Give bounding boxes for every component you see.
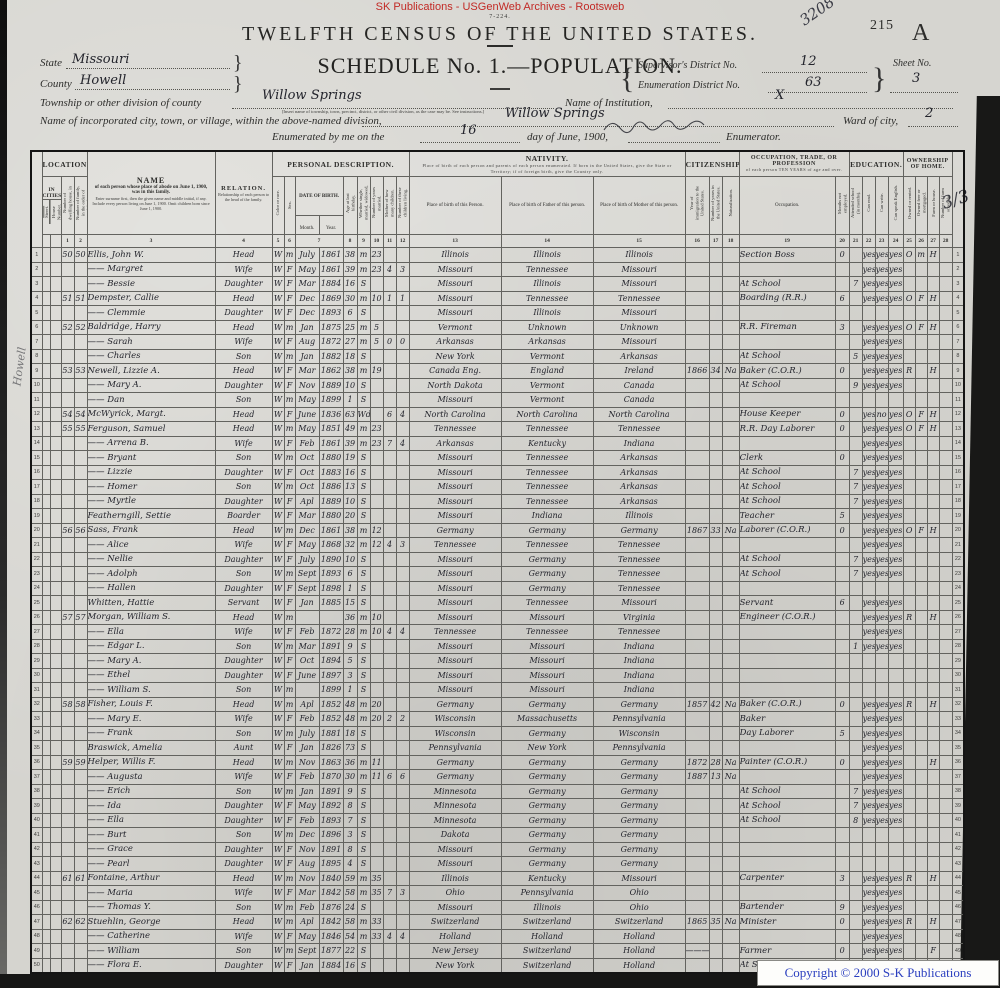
- cell-birthplace: Illinois: [409, 248, 501, 263]
- cell-immigration-year: [685, 712, 709, 727]
- cell-family: [74, 784, 87, 799]
- cell-age: 8: [343, 842, 357, 857]
- attended-school-column-header: Attended school (in months).: [849, 177, 862, 235]
- cell-family: 55: [74, 422, 87, 437]
- cell-sex: F: [284, 552, 295, 567]
- cell-farm-schedule: [939, 494, 952, 509]
- cell-family: [74, 944, 87, 959]
- census-table: LOCATION. NAME of each person whose plac…: [30, 150, 965, 974]
- cell-age: 32: [343, 538, 357, 553]
- cell-father-birthplace: Switzerland: [501, 915, 593, 930]
- cell-father-birthplace: Germany: [501, 697, 593, 712]
- title-ornament: [487, 45, 513, 47]
- cell-age: 73: [343, 741, 357, 756]
- cell-farm-schedule: [939, 407, 952, 422]
- cell-birth-month: [295, 610, 319, 625]
- cell-years-in-us: [709, 857, 722, 872]
- cell-months-unemployed: [835, 828, 849, 843]
- line-number-right: 35: [952, 741, 964, 756]
- cell-mother-birthplace: Holland: [593, 944, 685, 959]
- cell-months-unemployed: 6: [835, 596, 849, 611]
- cell-age: 3: [343, 668, 357, 683]
- line-number-right: 43: [952, 857, 964, 872]
- cell-naturalization: [722, 944, 739, 959]
- cell-children-living: [396, 900, 409, 915]
- cell-years-in-us: [709, 683, 722, 698]
- census-row: 28—— Edgar L.SonWmMar18919SMissouriMisso…: [31, 639, 964, 654]
- cell-birth-year: 1852: [319, 712, 343, 727]
- cell-house-number: [50, 567, 61, 582]
- line-number: 4: [31, 291, 42, 306]
- cell-school-months: [849, 712, 862, 727]
- cell-naturalization: Na: [722, 697, 739, 712]
- cell-farm-house: H: [927, 915, 939, 930]
- cell-street: [42, 842, 50, 857]
- cell-naturalization: [722, 262, 739, 277]
- cell-children-living: [396, 915, 409, 930]
- cell-dwelling: 58: [61, 697, 74, 712]
- cell-farm-schedule: [939, 364, 952, 379]
- census-row: 3—— BessieDaughterWFMar188416SMissouriIl…: [31, 277, 964, 292]
- cell-owned-rented: R: [903, 871, 915, 886]
- cell-birthplace: Pennsylvania: [409, 741, 501, 756]
- cell-occupation: Teacher: [739, 509, 835, 524]
- cell-relation: Daughter: [215, 799, 272, 814]
- cell-immigration-year: 1887: [685, 770, 709, 785]
- cell-birthplace: Missouri: [409, 277, 501, 292]
- cell-can-write: yes: [875, 494, 888, 509]
- cell-birthplace: Arkansas: [409, 335, 501, 350]
- cell-name: Baldridge, Harry: [87, 320, 215, 335]
- line-number: 24: [31, 581, 42, 596]
- cell-years-in-us: [709, 886, 722, 901]
- cell-street: [42, 436, 50, 451]
- cell-owned-rented: O: [903, 248, 915, 263]
- cell-months-unemployed: [835, 538, 849, 553]
- census-row: 37—— AugustaWifeWFFeb187030m1166GermanyG…: [31, 770, 964, 785]
- census-row: 21—— AliceWifeWFMay186832m1243TennesseeT…: [31, 538, 964, 553]
- cell-relation: Son: [215, 726, 272, 741]
- cell-birthplace: New York: [409, 349, 501, 364]
- cell-street: [42, 407, 50, 422]
- cell-dwelling: [61, 335, 74, 350]
- cell-father-birthplace: Switzerland: [501, 944, 593, 959]
- cell-years-in-us: [709, 407, 722, 422]
- cell-mother-of: [383, 900, 396, 915]
- cell-children-living: [396, 320, 409, 335]
- cell-house-number: [50, 857, 61, 872]
- cell-marital: m: [357, 915, 370, 930]
- cell-birth-month: Oct: [295, 451, 319, 466]
- cell-relation: Servant: [215, 596, 272, 611]
- cell-free-mortgaged: [915, 755, 927, 770]
- months-unemployed-column-header: Months not employed.: [835, 177, 849, 235]
- cell-school-months: 7: [849, 494, 862, 509]
- cell-father-birthplace: Germany: [501, 770, 593, 785]
- cell-father-birthplace: Tennessee: [501, 494, 593, 509]
- cell-can-speak: yes: [888, 248, 903, 263]
- cell-sex: m: [284, 828, 295, 843]
- cell-sex: F: [284, 277, 295, 292]
- cell-immigration-year: [685, 436, 709, 451]
- cell-school-months: [849, 654, 862, 669]
- line-number-right: 9: [952, 364, 964, 379]
- cell-color: W: [272, 262, 284, 277]
- cell-naturalization: [722, 842, 739, 857]
- cell-birthplace: Germany: [409, 523, 501, 538]
- cell-farm-schedule: [939, 523, 952, 538]
- cell-can-read: yes: [862, 567, 875, 582]
- cell-occupation: [739, 436, 835, 451]
- cell-birth-month: July: [295, 248, 319, 263]
- cell-birthplace: Missouri: [409, 842, 501, 857]
- cell-age: 9: [343, 784, 357, 799]
- district-brace-open: {: [620, 62, 634, 96]
- cell-mother-birthplace: Pennsylvania: [593, 741, 685, 756]
- line-number-right: 44: [952, 871, 964, 886]
- cell-birthplace: New Jersey: [409, 944, 501, 959]
- cell-farm-schedule: [939, 567, 952, 582]
- cell-mother-of: 6: [383, 407, 396, 422]
- cell-farm-house: [927, 349, 939, 364]
- cell-mother-birthplace: Ohio: [593, 900, 685, 915]
- cell-years-married: 23: [370, 248, 383, 263]
- cell-street: [42, 277, 50, 292]
- cell-age: 59: [343, 871, 357, 886]
- cell-father-birthplace: Missouri: [501, 668, 593, 683]
- cell-occupation: [739, 654, 835, 669]
- cell-school-months: [849, 668, 862, 683]
- cell-age: 36: [343, 755, 357, 770]
- cell-farm-schedule: [939, 929, 952, 944]
- cell-relation: Wife: [215, 929, 272, 944]
- cell-sex: m: [284, 784, 295, 799]
- cell-years-married: [370, 900, 383, 915]
- cell-street: [42, 625, 50, 640]
- cell-name: —— Augusta: [87, 770, 215, 785]
- census-row: 10—— Mary A.DaughterWFNov188910SNorth Da…: [31, 378, 964, 393]
- cell-mother-birthplace: Arkansas: [593, 465, 685, 480]
- line-number-right: 42: [952, 842, 964, 857]
- cell-can-read: [862, 842, 875, 857]
- cell-street: [42, 886, 50, 901]
- cell-father-birthplace: Tennessee: [501, 480, 593, 495]
- census-row: 49—— WilliamSonWmSept187722SNew JerseySw…: [31, 944, 964, 959]
- column-number: 24: [888, 235, 903, 248]
- cell-years-in-us: [709, 668, 722, 683]
- owned-rented-column-header: Owned or rented.: [903, 177, 915, 235]
- cell-mother-birthplace: Illinois: [593, 509, 685, 524]
- cell-farm-house: [927, 335, 939, 350]
- cell-farm-schedule: [939, 465, 952, 480]
- cell-marital: S: [357, 552, 370, 567]
- free-mortgaged-column-header: Owned free or mortgaged.: [915, 177, 927, 235]
- cell-children-living: [396, 842, 409, 857]
- cell-mother-birthplace: Tennessee: [593, 552, 685, 567]
- cell-relation: Daughter: [215, 306, 272, 321]
- cell-birth-month: May: [295, 262, 319, 277]
- cell-years-married: [370, 683, 383, 698]
- cell-years-married: [370, 277, 383, 292]
- cell-can-read: yes: [862, 436, 875, 451]
- cell-children-living: [396, 639, 409, 654]
- census-title: TWELFTH CENSUS OF THE UNITED STATES.: [0, 23, 1000, 46]
- cell-birth-year: 1897: [319, 668, 343, 683]
- cell-farm-house: [927, 929, 939, 944]
- cell-naturalization: [722, 480, 739, 495]
- cell-owned-rented: [903, 828, 915, 843]
- cell-free-mortgaged: [915, 770, 927, 785]
- cell-owned-rented: [903, 741, 915, 756]
- cell-birth-year: 1869: [319, 291, 343, 306]
- cell-house-number: [50, 494, 61, 509]
- cell-sex: m: [284, 320, 295, 335]
- cell-birthplace: Missouri: [409, 610, 501, 625]
- cell-months-unemployed: [835, 929, 849, 944]
- cell-house-number: [50, 741, 61, 756]
- cell-immigration-year: [685, 610, 709, 625]
- cell-father-birthplace: Germany: [501, 581, 593, 596]
- cell-mother-birthplace: Germany: [593, 813, 685, 828]
- cell-birthplace: Tennessee: [409, 625, 501, 640]
- line-number-right: 48: [952, 929, 964, 944]
- cell-children-living: [396, 944, 409, 959]
- cell-farm-house: [927, 828, 939, 843]
- cell-sex: F: [284, 958, 295, 973]
- cell-farm-schedule: [939, 857, 952, 872]
- line-number-right: 15: [952, 451, 964, 466]
- cell-can-read: yes: [862, 320, 875, 335]
- cell-immigration-year: [685, 567, 709, 582]
- cell-street: [42, 813, 50, 828]
- cell-school-months: 8: [849, 813, 862, 828]
- column-number-row: 1234567891011121314151617181920212223242…: [31, 235, 964, 248]
- cell-street: [42, 958, 50, 973]
- cell-can-write: yes: [875, 248, 888, 263]
- cell-can-read: yes: [862, 784, 875, 799]
- cell-farm-schedule: [939, 799, 952, 814]
- cell-family: [74, 886, 87, 901]
- cell-can-write: [875, 857, 888, 872]
- district-brace-close: }: [872, 62, 886, 96]
- cell-name: —— Ella: [87, 813, 215, 828]
- cell-birth-year: 1899: [319, 683, 343, 698]
- cell-farm-house: [927, 567, 939, 582]
- personal-description-group-header: PERSONAL DESCRIPTION.: [272, 151, 409, 177]
- cell-birth-year: 1861: [319, 436, 343, 451]
- cell-months-unemployed: 5: [835, 726, 849, 741]
- cell-farm-schedule: [939, 741, 952, 756]
- cell-children-living: 4: [396, 929, 409, 944]
- line-number: 34: [31, 726, 42, 741]
- cell-birthplace: Missouri: [409, 668, 501, 683]
- cell-children-living: [396, 755, 409, 770]
- line-number-right: 30: [952, 668, 964, 683]
- cell-birthplace: Ohio: [409, 886, 501, 901]
- cell-naturalization: [722, 567, 739, 582]
- cell-can-read: yes: [862, 248, 875, 263]
- cell-children-living: [396, 349, 409, 364]
- cell-color: W: [272, 770, 284, 785]
- line-number-right: 27: [952, 625, 964, 640]
- cell-mother-birthplace: Switzerland: [593, 915, 685, 930]
- cell-age: 58: [343, 886, 357, 901]
- cell-family: [74, 929, 87, 944]
- cell-mother-birthplace: Germany: [593, 857, 685, 872]
- cell-months-unemployed: [835, 842, 849, 857]
- cell-years-in-us: [709, 277, 722, 292]
- cell-relation: Daughter: [215, 842, 272, 857]
- cell-mother-birthplace: Germany: [593, 755, 685, 770]
- cell-birth-year: 1883: [319, 465, 343, 480]
- cell-children-living: [396, 494, 409, 509]
- cell-free-mortgaged: m: [915, 248, 927, 263]
- cell-farm-schedule: [939, 262, 952, 277]
- cell-house-number: [50, 697, 61, 712]
- line-number-right: 41: [952, 828, 964, 843]
- cell-house-number: [50, 552, 61, 567]
- cell-occupation: [739, 393, 835, 408]
- cell-color: W: [272, 842, 284, 857]
- cell-house-number: [50, 451, 61, 466]
- cell-birth-year: 1891: [319, 639, 343, 654]
- name-instruction-2: Include every person living on June 1, 1…: [88, 201, 215, 211]
- line-number: 27: [31, 625, 42, 640]
- cell-age: 4: [343, 857, 357, 872]
- cell-can-speak: yes: [888, 944, 903, 959]
- cell-immigration-year: [685, 552, 709, 567]
- cell-sex: F: [284, 712, 295, 727]
- cell-can-speak: [888, 654, 903, 669]
- cell-farm-schedule: [939, 581, 952, 596]
- cell-can-speak: yes: [888, 610, 903, 625]
- cell-mother-of: [383, 741, 396, 756]
- years-in-us-column-header: Number of years in the United States.: [709, 177, 722, 235]
- cell-naturalization: [722, 886, 739, 901]
- cell-house-number: [50, 871, 61, 886]
- cell-months-unemployed: [835, 378, 849, 393]
- cell-farm-schedule: [939, 842, 952, 857]
- name-title: NAME: [88, 176, 215, 185]
- cell-father-birthplace: Kentucky: [501, 436, 593, 451]
- cell-school-months: 7: [849, 799, 862, 814]
- sheet-value: 3: [912, 71, 920, 86]
- cell-years-married: 23: [370, 436, 383, 451]
- cell-father-birthplace: Tennessee: [501, 538, 593, 553]
- cell-sex: m: [284, 451, 295, 466]
- cell-mother-birthplace: Tennessee: [593, 422, 685, 437]
- cell-farm-house: [927, 654, 939, 669]
- cell-mother-birthplace: Germany: [593, 842, 685, 857]
- cell-owned-rented: O: [903, 523, 915, 538]
- cell-can-write: no: [875, 407, 888, 422]
- cell-birth-year: 1890: [319, 552, 343, 567]
- cell-name: —— Clemmie: [87, 306, 215, 321]
- cell-marital: S: [357, 451, 370, 466]
- cell-mother-birthplace: Indiana: [593, 436, 685, 451]
- cell-mother-of: [383, 509, 396, 524]
- cell-name: —— Dan: [87, 393, 215, 408]
- cell-months-unemployed: 0: [835, 248, 849, 263]
- cell-years-married: [370, 639, 383, 654]
- cell-can-read: [862, 393, 875, 408]
- cell-children-living: 3: [396, 886, 409, 901]
- cell-father-birthplace: Illinois: [501, 248, 593, 263]
- line-number-right: 32: [952, 697, 964, 712]
- cell-owned-rented: [903, 857, 915, 872]
- line-number: 42: [31, 842, 42, 857]
- cell-free-mortgaged: [915, 480, 927, 495]
- cell-birth-year: 1889: [319, 494, 343, 509]
- census-row: 42—— GraceDaughterWFNov18918SMissouriGer…: [31, 842, 964, 857]
- cell-name: —— Sarah: [87, 335, 215, 350]
- cell-sex: F: [284, 857, 295, 872]
- cell-father-birthplace: Germany: [501, 567, 593, 582]
- father-birthplace-column-header: Place of birth of Father of this person.: [501, 177, 593, 235]
- cell-sex: F: [284, 538, 295, 553]
- cell-can-write: yes: [875, 770, 888, 785]
- cell-can-speak: yes: [888, 639, 903, 654]
- cell-can-read: yes: [862, 538, 875, 553]
- cell-naturalization: [722, 291, 739, 306]
- in-cities-header: IN CITIES. Street. House Number.: [42, 177, 61, 235]
- cell-marital: S: [357, 857, 370, 872]
- cell-dwelling: [61, 828, 74, 843]
- cell-immigration-year: [685, 596, 709, 611]
- cell-years-married: [370, 509, 383, 524]
- line-number: 35: [31, 741, 42, 756]
- cell-mother-birthplace: Unknown: [593, 320, 685, 335]
- name-column-header: NAME of each person whose place of abode…: [87, 151, 215, 235]
- census-row: 8—— CharlesSonWmJan188218SNew YorkVermon…: [31, 349, 964, 364]
- cell-can-speak: [888, 842, 903, 857]
- cell-father-birthplace: Germany: [501, 799, 593, 814]
- cell-birth-year: 1868: [319, 538, 343, 553]
- cell-sex: F: [284, 581, 295, 596]
- cell-age: 22: [343, 944, 357, 959]
- cell-occupation: [739, 625, 835, 640]
- cell-farm-schedule: [939, 900, 952, 915]
- cell-birth-year: 1891: [319, 784, 343, 799]
- cell-can-write: yes: [875, 886, 888, 901]
- cell-owned-rented: [903, 784, 915, 799]
- cell-family: [74, 799, 87, 814]
- cell-mother-of: [383, 480, 396, 495]
- cell-naturalization: [722, 465, 739, 480]
- cell-can-write: yes: [875, 784, 888, 799]
- cell-occupation: At School: [739, 552, 835, 567]
- cell-family: [74, 349, 87, 364]
- cell-years-in-us: [709, 552, 722, 567]
- cell-months-unemployed: [835, 552, 849, 567]
- cell-name: —— William: [87, 944, 215, 959]
- cell-dwelling: [61, 465, 74, 480]
- census-row: 46—— Thomas Y.SonWmFeb187624SMissouriIll…: [31, 900, 964, 915]
- cell-name: Newell, Lizzie A.: [87, 364, 215, 379]
- cell-naturalization: [722, 349, 739, 364]
- line-number-right: 31: [952, 683, 964, 698]
- cell-marital: S: [357, 741, 370, 756]
- line-number: 50: [31, 958, 42, 973]
- cell-occupation: Day Laborer: [739, 726, 835, 741]
- cell-dwelling: [61, 451, 74, 466]
- cell-free-mortgaged: [915, 683, 927, 698]
- cell-can-speak: yes: [888, 886, 903, 901]
- cell-marital: S: [357, 480, 370, 495]
- cell-color: W: [272, 944, 284, 959]
- cell-street: [42, 291, 50, 306]
- cell-immigration-year: [685, 465, 709, 480]
